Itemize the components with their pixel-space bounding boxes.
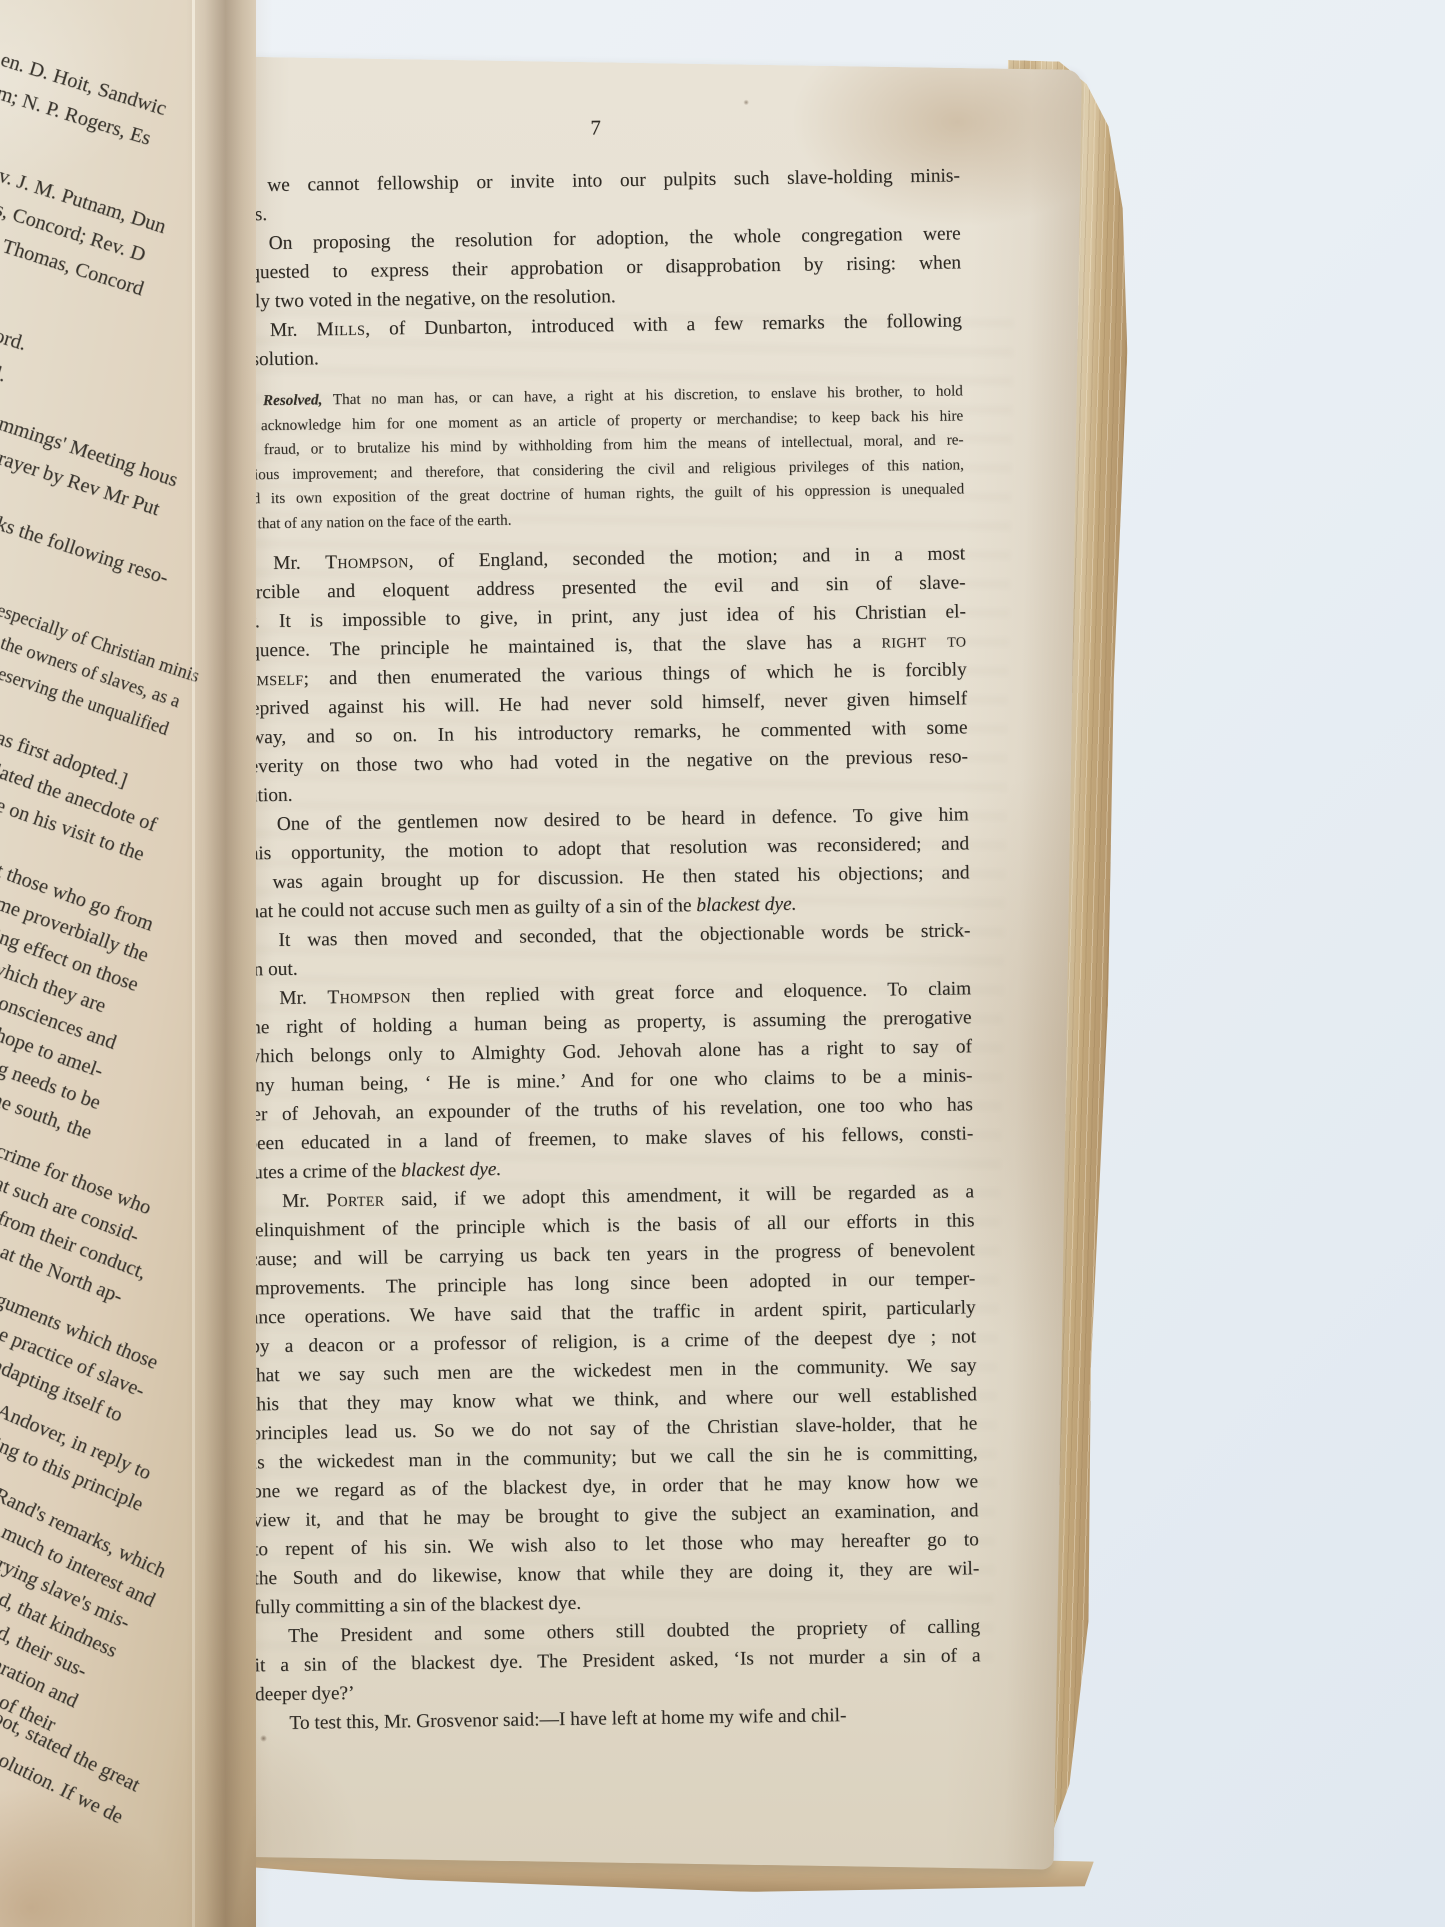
text-segment: that he could not accuse such men as gui… [244,895,697,922]
paragraph: Mr. Mills, of Dunbarton, introduced with… [236,306,963,374]
text-segment: That no man has, or can have, a right at… [322,382,963,408]
paragraph: The President and some others still doub… [254,1612,981,1709]
text-segment: Mr. [270,319,317,341]
paragraph: On proposing the resolution for adoption… [235,219,962,316]
text-segment: it a sin of the blackest dye. The Presid… [254,1645,980,1676]
book-photo: 7 it, we cannot fellowship or invite int… [0,0,1445,1927]
text-segment: right to [881,630,966,652]
text-segment: Thompson [327,986,411,1008]
page-paragraphs: it, we cannot fellowship or invite into … [234,161,982,1738]
paragraph: Resolved, That no man has, or can have, … [237,379,965,536]
left-page-line: ord. [0,318,31,362]
left-page-text-group: mmings' Meeting housprayer by Rev Mr Put [0,408,182,529]
text-segment: requested to express their approbation o… [235,252,961,283]
page-text-column: 7 it, we cannot fellowship or invite int… [233,110,982,1738]
text-segment: only two voted in the negative, on the r… [235,286,615,312]
text-segment: tutes a crime of the [248,1160,402,1183]
text-segment: Resolved, [263,391,323,409]
text-segment: it was again brought up for discussion. … [243,862,969,893]
text-segment: Mr. [273,552,325,574]
text-segment: Porter [326,1190,385,1212]
text-segment: blackest dye. [696,894,796,916]
paragraph: Mr. Thompson, of England, seconded the m… [239,539,969,810]
left-page: en. D. Hoit, Sandwicim; N. P. Rogers, Es… [0,0,256,1927]
paragraph: Mr. Thompson then replied with great for… [245,974,974,1187]
page-number: 7 [233,110,959,145]
text-segment: Mr. [282,1190,327,1212]
right-page: 7 it, we cannot fellowship or invite int… [172,56,1082,1870]
text-segment: deeper dye?’ [255,1683,355,1705]
text-segment: been educated in a land of freemen, to m… [247,1123,973,1154]
text-segment: It was then moved and seconded, that the… [278,920,970,951]
paragraph: it, we cannot fellowship or invite into … [234,161,961,229]
text-segment: said, if we adopt this amendment, it wil… [384,1181,974,1210]
left-page-text-group: especially of Christian minisg the owner… [0,596,203,749]
text-segment: Mr. [279,987,327,1009]
left-page-text-group: ord.rd. [0,318,31,396]
paragraph: It was then moved and seconded, that the… [244,916,971,984]
left-page-text-group: t those who go fromome proverbially thee… [0,856,168,1149]
text-segment: the South and do likewise, know that whi… [253,1558,979,1589]
left-page-text-group: crime for those whohat such are consid-n… [0,1136,173,1317]
text-segment: To test this, Mr. Grosvenor said:—I have… [289,1705,846,1734]
text-segment: , of Dunbarton, introduced with a few re… [365,310,962,339]
left-page-text-group: en. D. Hoit, Sandwicim; N. P. Rogers, Es [0,44,170,157]
text-segment: Thompson [325,551,409,573]
paragraph: Mr. Porter said, if we adopt this amendm… [248,1177,980,1622]
text-segment: Mills [316,319,365,341]
text-segment: by that of any nation on the face of the… [238,511,511,532]
left-page-text-group: as first adopted.]elated the anecdote of… [0,722,172,871]
text-segment: , of England, seconded the motion; and i… [409,543,966,572]
text-segment: it, we cannot fellowship or invite into … [234,165,960,196]
text-segment: then replied with great force and eloque… [411,978,972,1007]
text-segment: severity on those two who had voted in t… [242,746,968,777]
paragraph: One of the gentlemen now desired to be h… [243,800,971,926]
text-segment: blackest dye. [401,1159,501,1181]
text-segment: fully committing a sin of the blackest d… [254,1593,582,1619]
left-page-text-group: v. J. M. Putnam, Dunrs, Concord; Rev. DG… [0,160,170,307]
